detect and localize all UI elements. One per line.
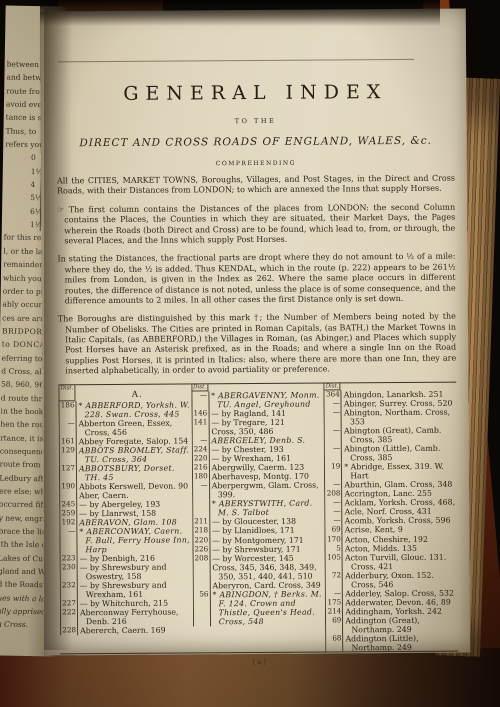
- left-page-fragment: 6¼: [4, 204, 41, 218]
- entry-text: * ABERYSTWITH, Card. M. S. Talbot: [210, 499, 325, 518]
- index-entry: 186* ABBERFORD, Yorksh. W. 228. Swan. Cr…: [58, 400, 191, 419]
- entry-distance: —: [192, 482, 210, 500]
- entry-text: — by Shrewsbury and Wrexham, 161: [78, 581, 193, 600]
- index-entry: * ABERYSTWITH, Card. M. S. Talbot: [192, 499, 325, 518]
- entry-text: Abington (Great), Camb. Cross, 385: [342, 426, 457, 445]
- subtitle-to-the: TO THE: [57, 116, 455, 127]
- entry-text: Abererch, Caern. 169: [78, 626, 193, 636]
- index-entry: 230— by Shrewsbury and Oswestry, 158: [60, 563, 193, 582]
- index-entry: —* ABERCONWAY, Caern. F. Bull, Ferry Hou…: [59, 526, 192, 554]
- entry-distance: [192, 500, 210, 518]
- entry-text: Adderbury, Oxon. 152. Cross, 546: [343, 570, 458, 589]
- dist-header: Dist.: [58, 385, 75, 401]
- left-page-fragment: 5½: [4, 191, 41, 205]
- index-entry: —Abington (Little), Camb. Cross, 385: [324, 444, 457, 463]
- index-entry: —Abington (Great), Camb. Cross, 385: [324, 426, 457, 445]
- entry-text: Aberpergwm, Glam. Cross, 399.: [210, 481, 325, 500]
- left-page-fragment: 1½: [5, 164, 42, 178]
- index-entry: 72Adderbury, Oxon. 152. Cross, 546: [325, 570, 458, 589]
- intro-paragraph-2: ☞ The first column contains the Distance…: [57, 202, 455, 246]
- index-page: GENERAL INDEX TO THE DIRECT AND CROSS RO…: [40, 9, 470, 656]
- entry-text: Cross, 345, 346, 348, 349, 350, 351, 440…: [210, 562, 325, 581]
- entry-text: * ABINGDON, † Berks. M. F. 124. Crown an…: [210, 589, 325, 626]
- entry-distance: 105: [325, 553, 343, 571]
- index-entry: 105Acton Turvill, Glouc. 131. Cross, 421: [325, 552, 458, 571]
- left-page-fragment: 0: [5, 151, 42, 165]
- index-entry: 56* ABINGDON, † Berks. M. F. 124. Crown …: [192, 589, 325, 626]
- index-entry: 19* Abridge, Essex, 319. W. Hart: [324, 462, 457, 481]
- page-top-rule: [58, 59, 414, 62]
- section-heading-a: A.: [75, 384, 191, 401]
- entry-text: * Abridge, Essex, 319. W. Hart: [342, 462, 457, 481]
- entry-distance: 68: [325, 634, 343, 651]
- entry-distance: —: [59, 527, 77, 554]
- entry-distance: 228: [60, 627, 78, 636]
- index-entry: 127ABBOTSBURY, Dorset. TH. 45: [59, 463, 192, 482]
- book-photo: betweenand betweenroute fromavoid everyt…: [0, 0, 500, 707]
- index-entry: 129ABBOTS BROMLEY, Staff. TU. Cross, 364: [59, 445, 192, 464]
- intro-paragraph-3: In stating the Distances, the fractional…: [57, 252, 455, 307]
- index-entry: —* ABERGAVENNY, Monm. TU. Angel, Greyhou…: [191, 391, 324, 410]
- entry-distance: 208: [192, 554, 210, 563]
- entry-text: ABBOTSBURY, Dorset. TH. 45: [77, 463, 192, 482]
- entry-distance: 127: [59, 464, 77, 482]
- entry-distance: 232: [60, 581, 78, 599]
- entry-distance: —: [324, 408, 342, 426]
- index-entry: 232— by Shrewsbury and Wrexham, 161: [60, 581, 193, 600]
- entry-text: Addington (Little), Northamp. 249: [343, 633, 458, 651]
- entry-distance: 141: [191, 418, 209, 427]
- index-entry: —Aberpergwm, Glam. Cross, 399.: [192, 481, 325, 500]
- entry-distance: —: [324, 427, 342, 445]
- index-entry: Cross, 345, 346, 348, 349, 350, 351, 440…: [192, 562, 325, 581]
- entry-distance: 230: [60, 563, 78, 581]
- index-column-1: Dist. A. 186* ABBERFORD, Yorksh. W. 228.…: [58, 384, 193, 653]
- index-entry: 222Aberconway Ferryhouse, Denb. 216: [60, 608, 193, 627]
- intro-paragraph-4: The Boroughs are distinguished by this m…: [58, 312, 456, 377]
- intro-paragraph-1: All the CITIES, MARKET TOWNS, Boroughs, …: [57, 174, 455, 198]
- entry-text: Abberton Green, Essex, Cross, 456: [77, 418, 192, 437]
- index-column-3: Dist. 364Abingdon, Lanarksh. 251—Abinger…: [324, 382, 459, 651]
- column-header: Dist. A.: [58, 384, 191, 401]
- intro-paragraph-2-text: The first column contains the Distances …: [64, 202, 455, 245]
- entry-text: Acton Turvill, Glouc. 131. Cross, 421: [343, 552, 458, 571]
- index-entry: 69Addington (Great), Northamp. 249: [325, 615, 458, 634]
- entry-distance: 69: [325, 616, 343, 634]
- entry-text: Abington, Northam. Cross, 353: [342, 408, 457, 427]
- subtitle-main: DIRECT AND CROSS ROADS OF ENGLAND, WALES…: [57, 135, 455, 150]
- entry-text: Aberconway Ferryhouse, Denb. 216: [78, 608, 193, 627]
- entry-text: Abington (Little), Camb. Cross, 385: [342, 444, 457, 463]
- entry-distance: 129: [59, 446, 77, 464]
- index-entry: 68Addington (Little), Northamp. 249: [325, 633, 458, 651]
- page-content: GENERAL INDEX TO THE DIRECT AND CROSS RO…: [56, 67, 458, 667]
- index-column-2: Dist. —* ABERGAVENNY, Monm. TU. Angel, G…: [191, 383, 326, 652]
- entry-distance: —: [191, 391, 209, 409]
- pointing-hand-icon: ☞: [57, 205, 64, 214]
- entry-distance: 190: [59, 482, 77, 491]
- left-page-fragment: 1¼: [4, 218, 41, 232]
- entry-distance: —: [59, 419, 77, 437]
- entry-distance: —: [324, 445, 342, 463]
- comprehending-label: COMPREHENDING: [57, 159, 455, 169]
- index-table: Dist. A. 186* ABBERFORD, Yorksh. W. 228.…: [58, 381, 458, 654]
- entry-text: ABBOTS BROMLEY, Staff. TU. Cross, 364: [77, 445, 192, 464]
- index-entry: 228Abererch, Caern. 169: [60, 626, 193, 636]
- entry-distance: 186: [58, 401, 76, 419]
- entry-distance: 56: [192, 590, 210, 626]
- page-title: GENERAL INDEX: [56, 81, 454, 106]
- entry-distance: 72: [325, 571, 343, 589]
- entry-distance: 19: [324, 463, 342, 481]
- entry-distance: [192, 563, 210, 581]
- entry-text: Addington (Great), Northamp. 249: [343, 615, 458, 634]
- entry-text: * ABERCONWAY, Caern. F. Bull, Ferry Hous…: [77, 526, 192, 554]
- index-entry: —Abington, Northam. Cross, 353: [324, 408, 457, 427]
- entry-text: * ABERGAVENNY, Monm. TU. Angel, Greyhoun…: [209, 391, 324, 410]
- entry-text: — by Shrewsbury and Oswestry, 158: [78, 563, 193, 582]
- entry-text: * ABBERFORD, Yorksh. W. 228. Swan. Cross…: [76, 400, 191, 419]
- left-page-fragment: 4: [4, 178, 41, 192]
- entry-distance: 222: [60, 608, 78, 626]
- index-entry: —Abberton Green, Essex, Cross, 456: [59, 418, 192, 437]
- top-edge-shadow: [40, 0, 440, 26]
